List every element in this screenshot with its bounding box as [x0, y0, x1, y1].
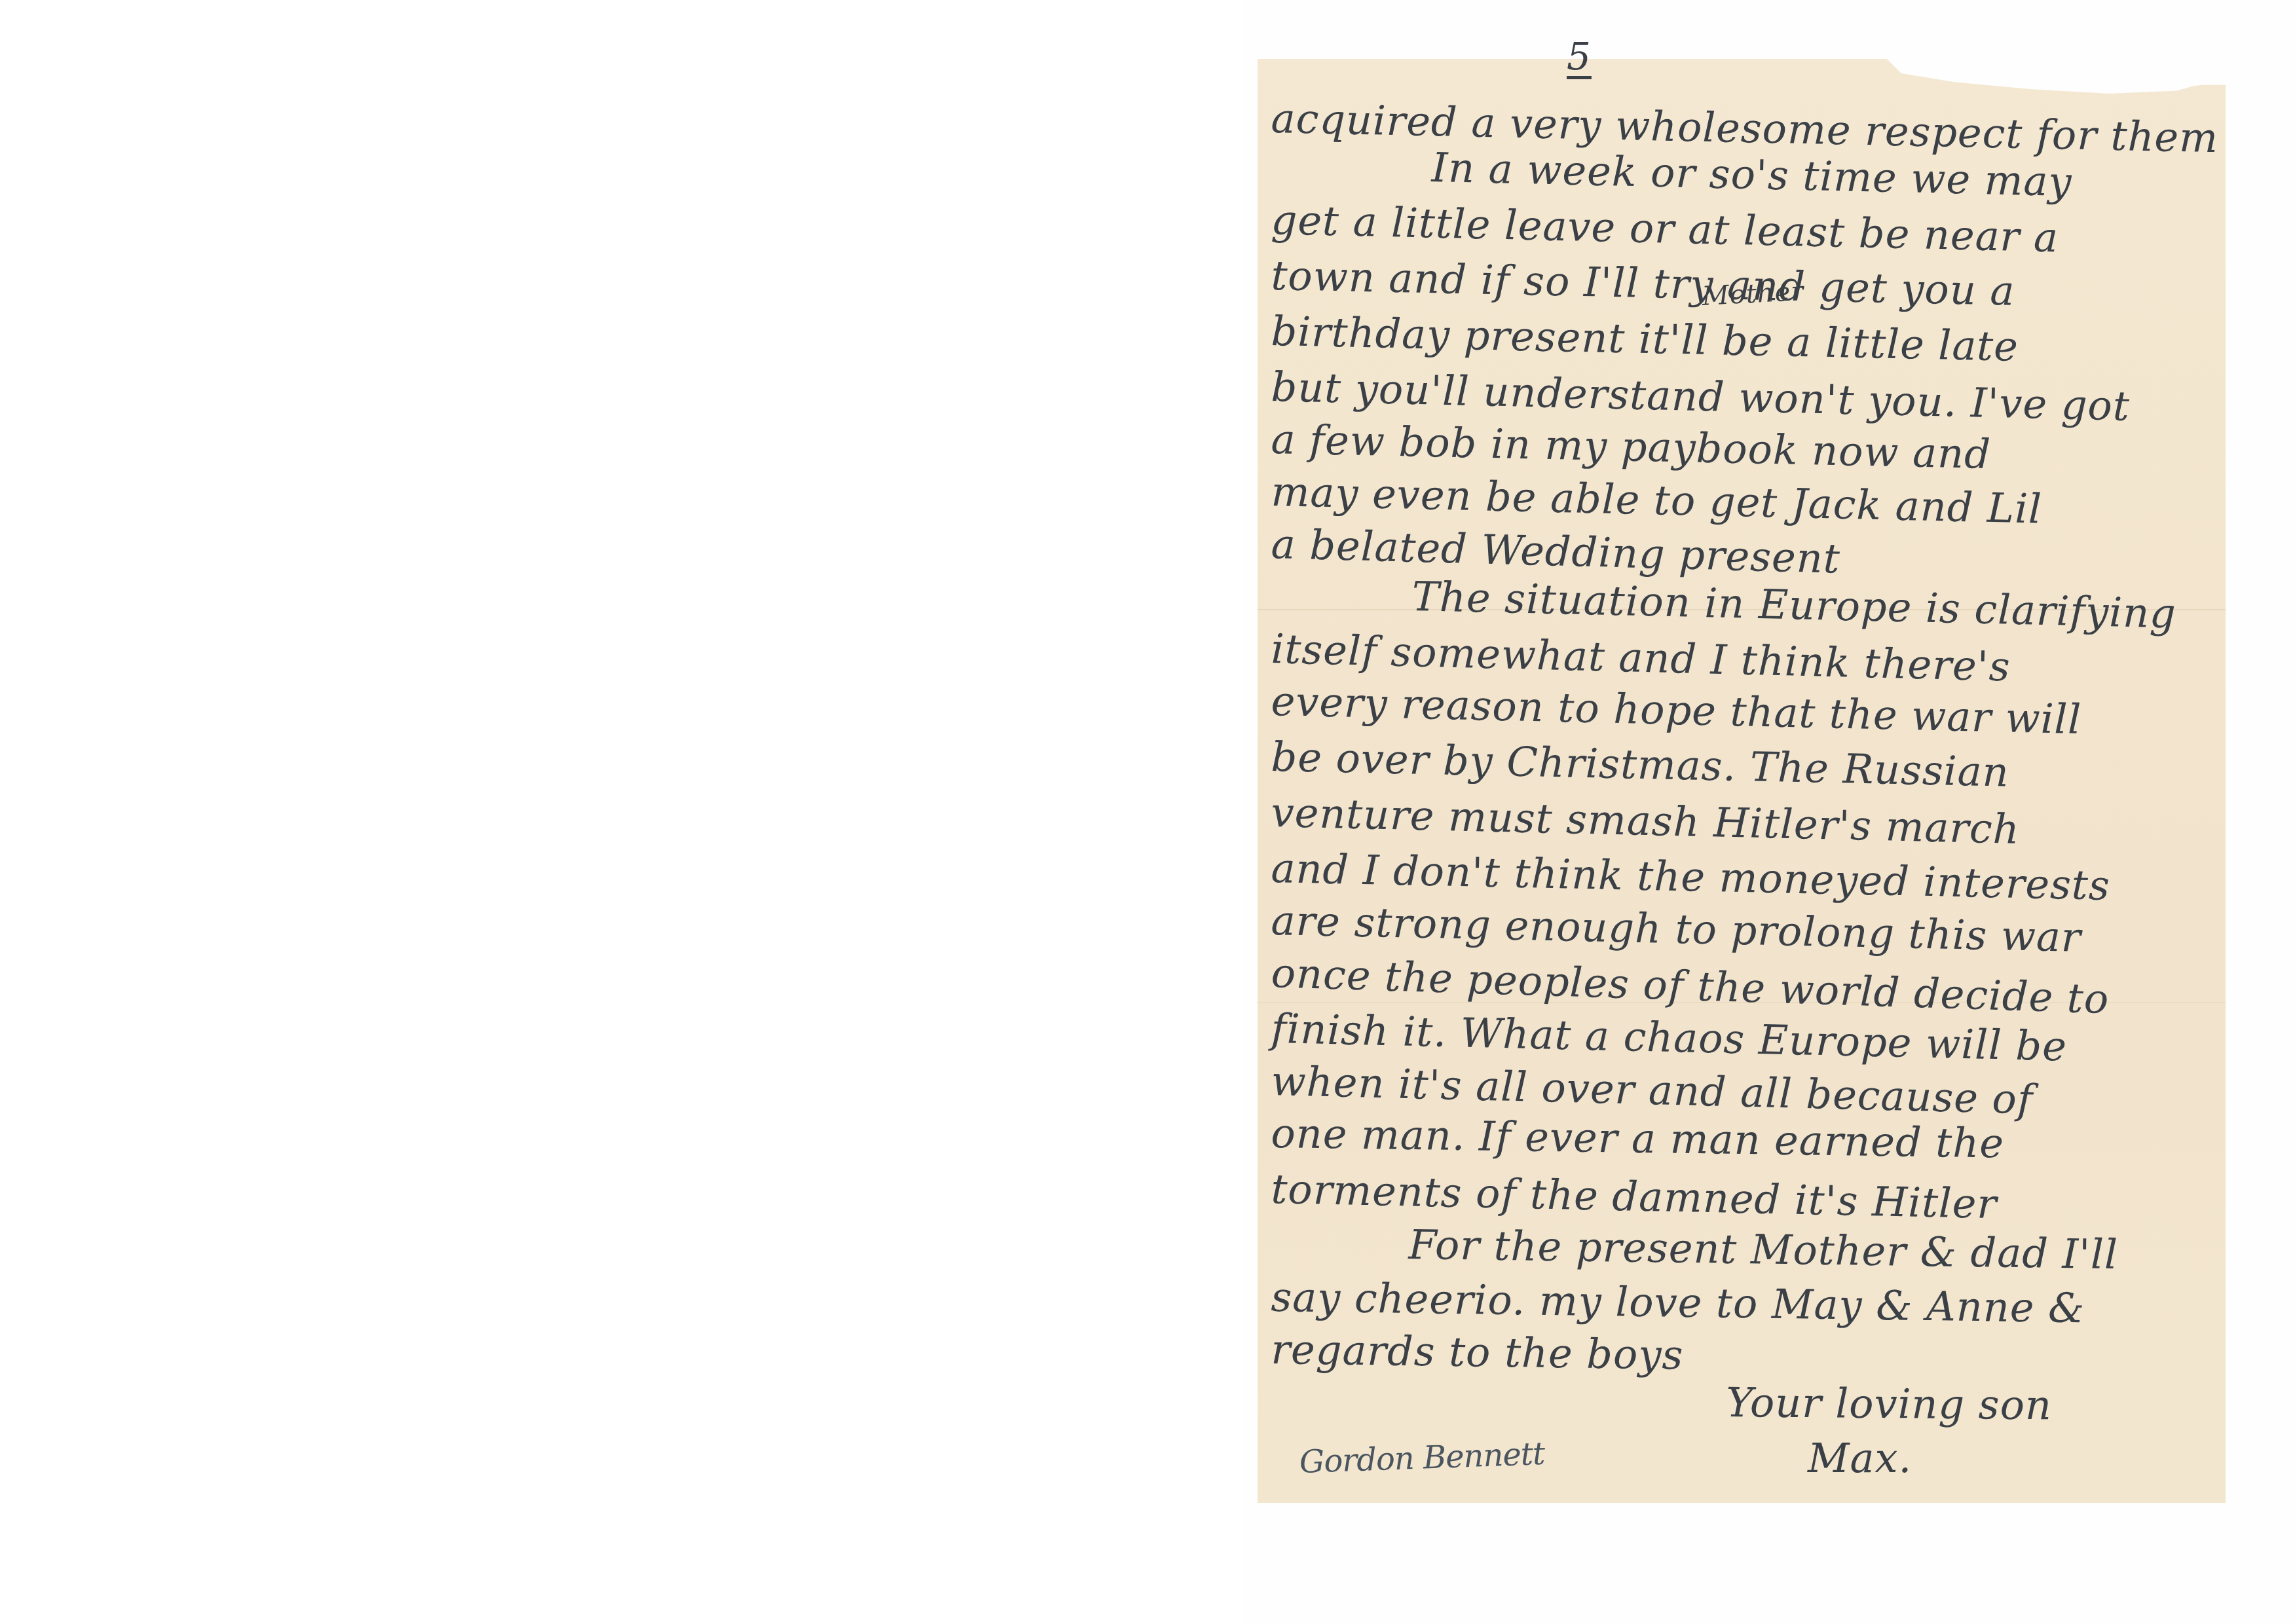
letter-line-24: regards to the boys [1271, 1329, 1684, 1376]
letter-line-20: one man. If ever a man earned the [1271, 1113, 2004, 1164]
page-number: 5 [1567, 34, 1592, 79]
inserted-word-mother: Mother [1702, 276, 1805, 312]
blank-left-page [0, 0, 1244, 1624]
closing-name: Max. [1808, 1434, 1912, 1482]
letter-line-23: say cheerio. my love to May & Anne & [1271, 1277, 2085, 1329]
letter-line-22: For the present Mother & dad I'll [1408, 1225, 2118, 1275]
closing-valediction: Your loving son [1726, 1378, 2052, 1429]
